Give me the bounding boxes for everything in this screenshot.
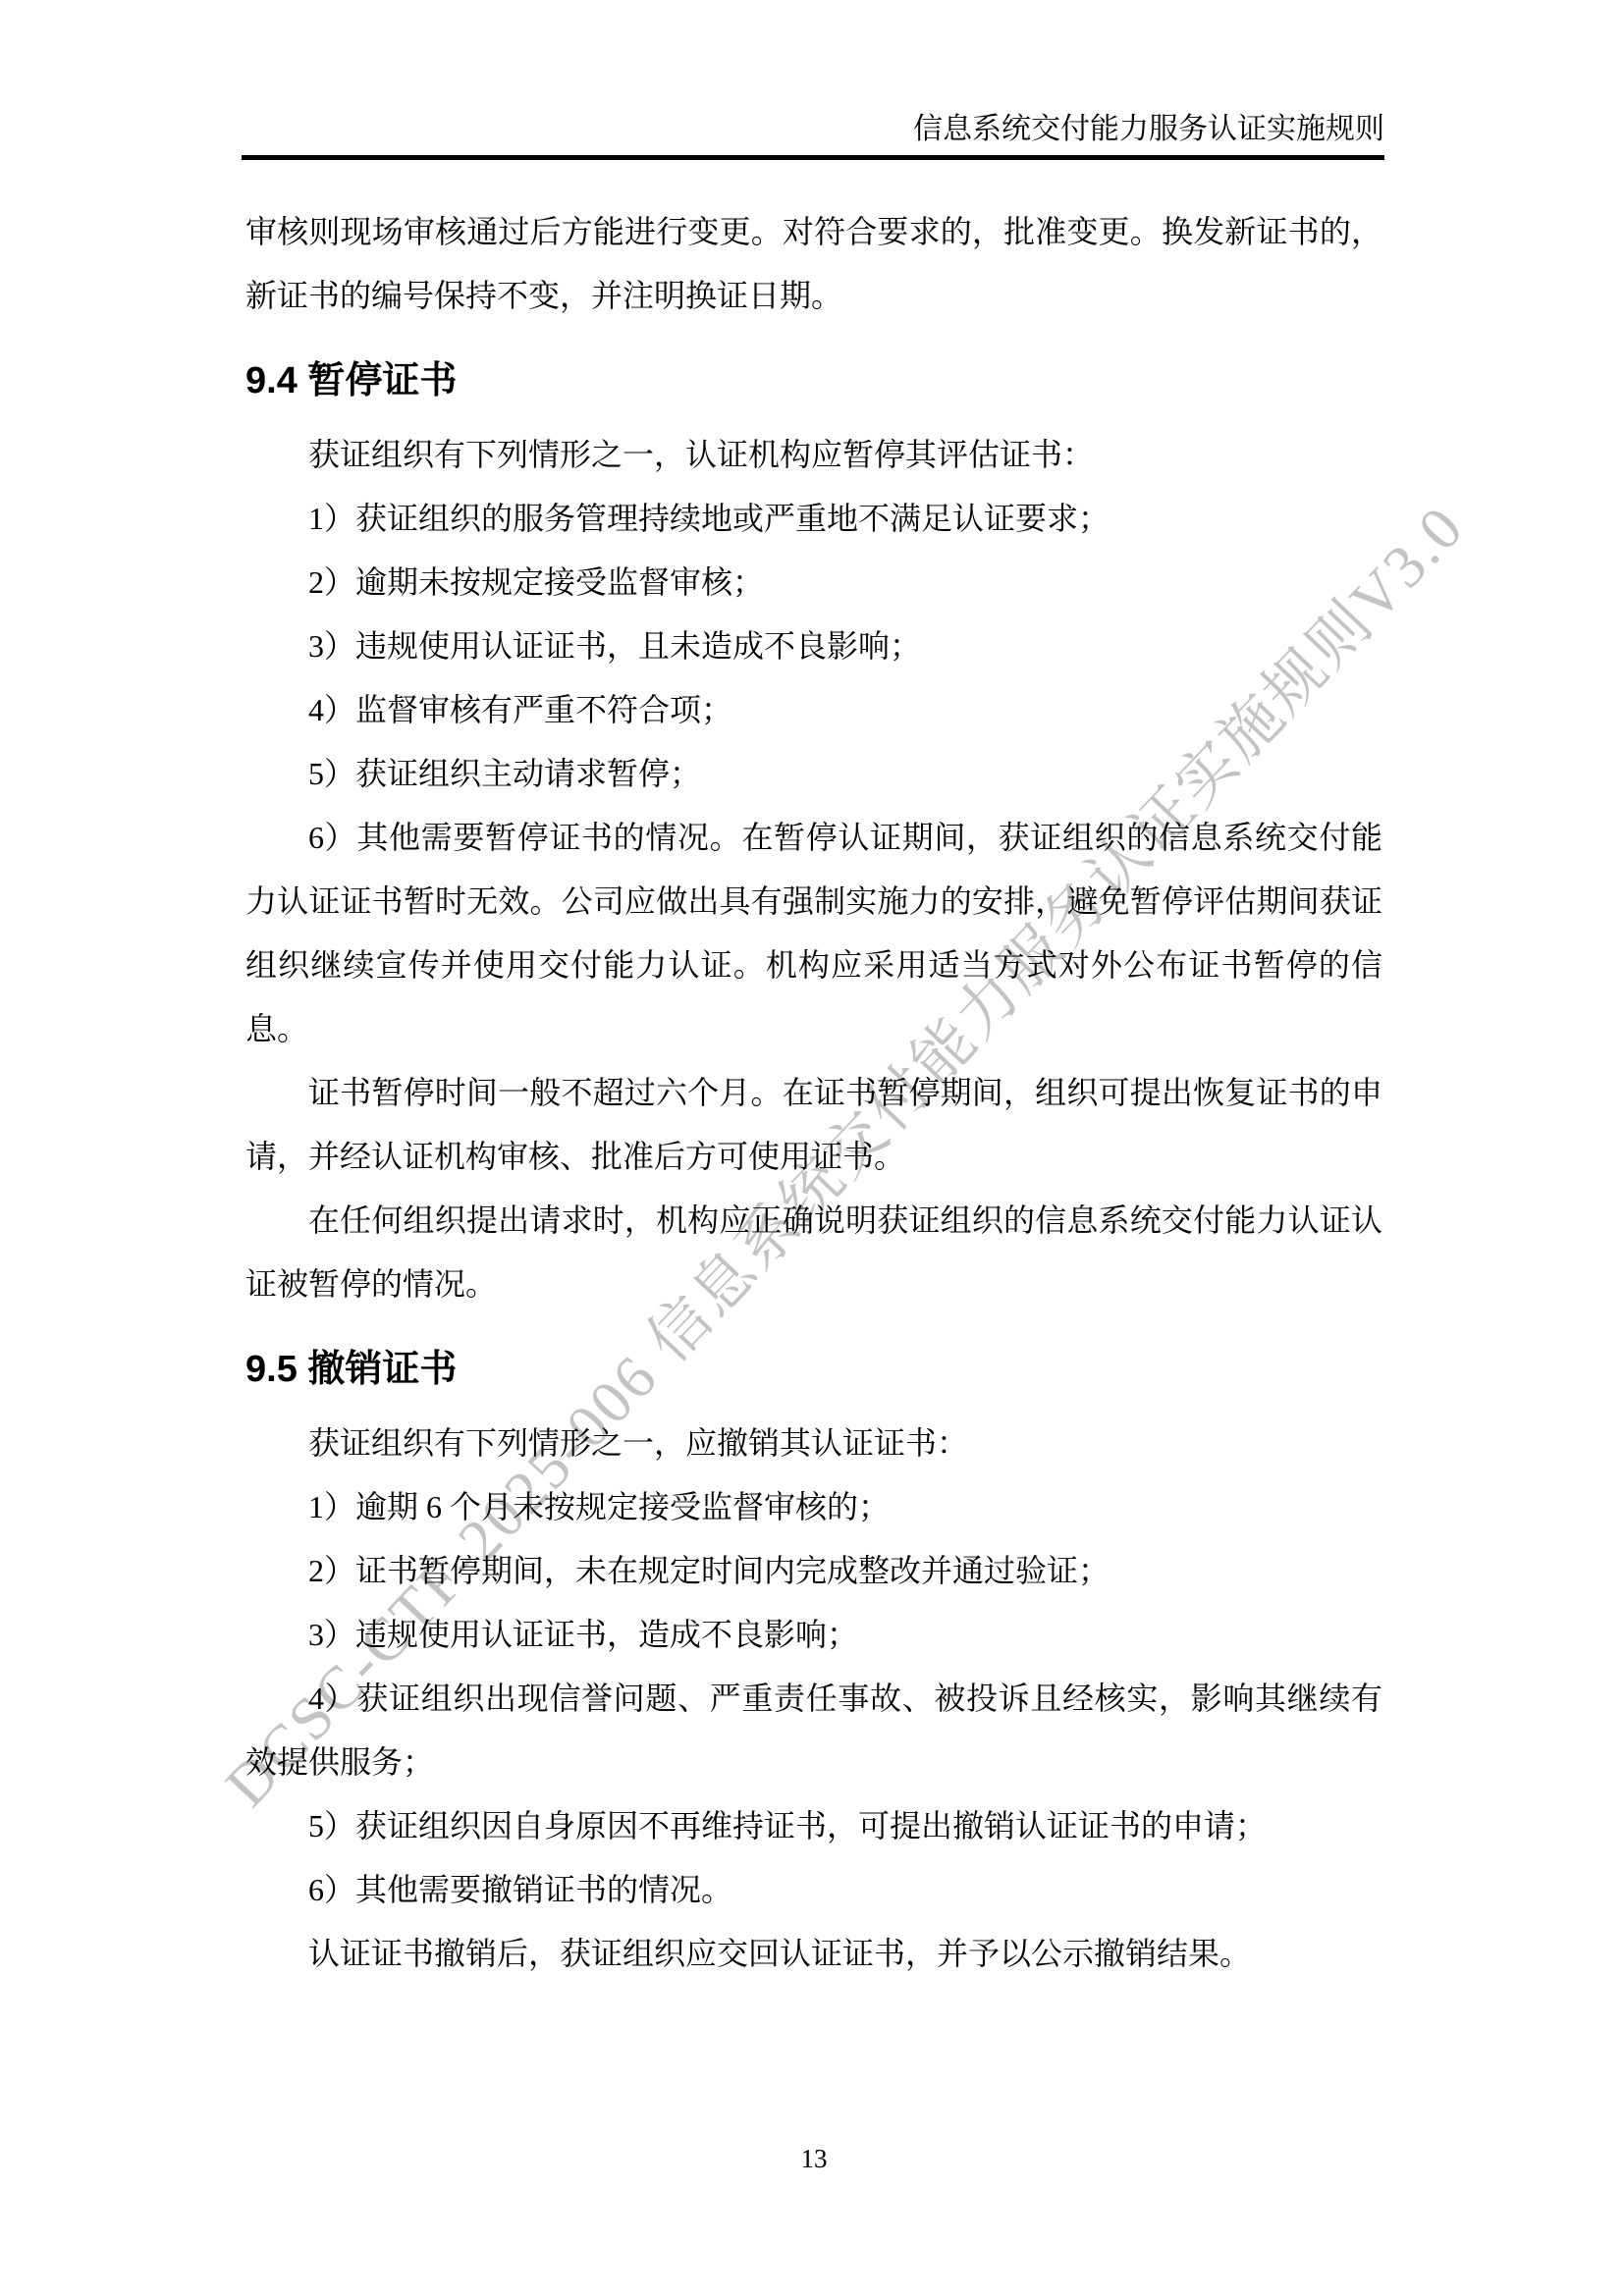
paragraph: 3）违规使用认证证书，且未造成不良影响； [245,614,1382,678]
paragraph: 1）获证组织的服务管理持续地或严重地不满足认证要求； [245,487,1382,551]
paragraph: 2）证书暂停期间，未在规定时间内完成整改并通过验证； [245,1539,1382,1603]
section-heading: 9.4 暂停证书 [245,349,1382,413]
paragraph: 认证证书撤销后，获证组织应交回认证证书，并予以公示撤销结果。 [245,1922,1382,1986]
document-page: DCSC-CTF-2025-006 信息系统交付能力服务认证实施规则V3.0 信… [0,0,1624,2296]
paragraph: 4）获证组织出现信誉问题、严重责任事故、被投诉且经核实，影响其继续有效提供服务； [245,1667,1382,1794]
paragraph: 1）逾期 6 个月未按规定接受监督审核的； [245,1475,1382,1539]
paragraph: 5）获证组织主动请求暂停； [245,742,1382,806]
paragraph: 在任何组织提出请求时，机构应正确说明获证组织的信息系统交付能力认证认证被暂停的情… [245,1189,1382,1316]
document-body: 审核则现场审核通过后方能进行变更。对符合要求的，批准变更。换发新证书的，新证书的… [245,200,1382,1986]
paragraph: 4）监督审核有严重不符合项； [245,678,1382,742]
section-heading: 9.5 撤销证书 [245,1338,1382,1402]
paragraph: 证书暂停时间一般不超过六个月。在证书暂停期间，组织可提出恢复证书的申请，并经认证… [245,1061,1382,1189]
paragraph: 获证组织有下列情形之一，认证机构应暂停其评估证书： [245,423,1382,487]
page-number: 13 [801,2144,828,2173]
paragraph: 获证组织有下列情形之一，应撤销其认证证书： [245,1412,1382,1475]
paragraph: 审核则现场审核通过后方能进行变更。对符合要求的，批准变更。换发新证书的，新证书的… [245,200,1382,328]
paragraph: 3）违规使用认证证书，造成不良影响； [245,1603,1382,1667]
paragraph: 6）其他需要暂停证书的情况。在暂停认证期间，获证组织的信息系统交付能力认证证书暂… [245,806,1382,1061]
paragraph: 6）其他需要撤销证书的情况。 [245,1858,1382,1922]
header-rule [242,155,1384,160]
page-footer: 13 [245,2144,1382,2174]
paragraph: 2）逾期未按规定接受监督审核； [245,551,1382,614]
page-header: 信息系统交付能力服务认证实施规则 [242,110,1384,160]
paragraph: 5）获证组织因自身原因不再维持证书，可提出撤销认证证书的申请； [245,1794,1382,1858]
header-title: 信息系统交付能力服务认证实施规则 [242,110,1384,149]
